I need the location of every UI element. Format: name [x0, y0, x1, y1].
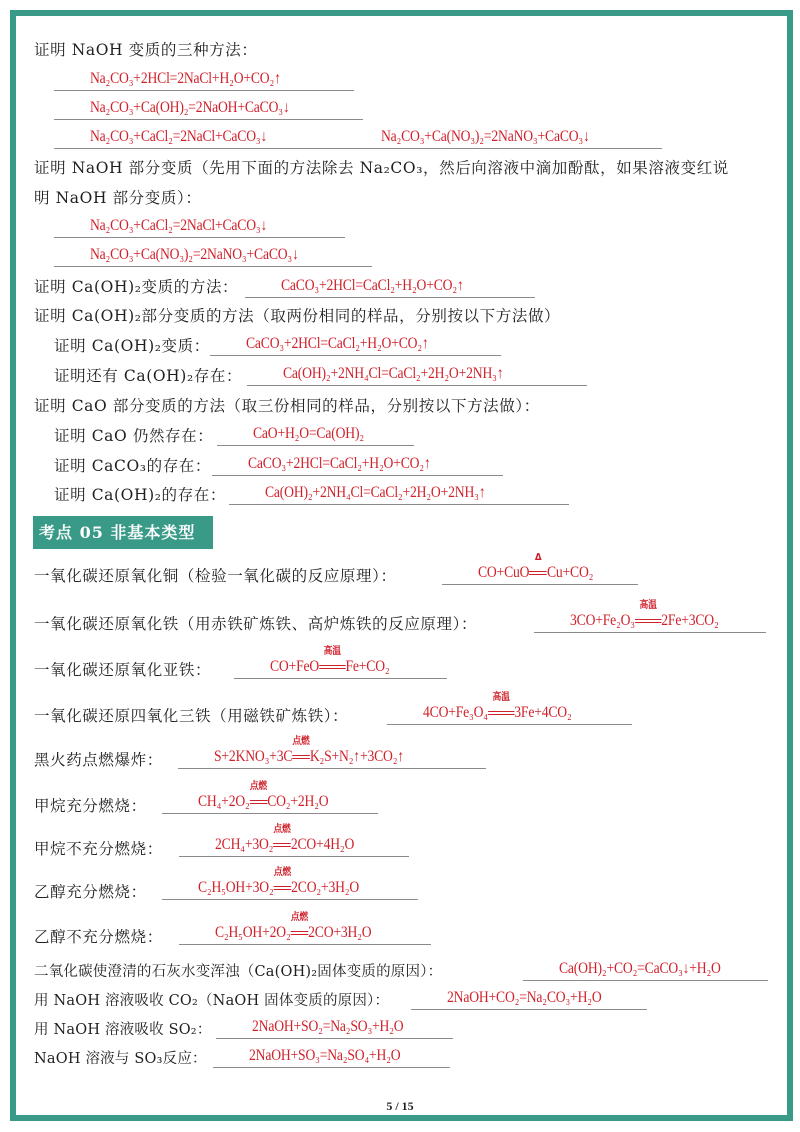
condition-equals: 点燃: [273, 835, 291, 855]
condition-label: 高温: [635, 601, 661, 611]
condition-equals: 点燃: [274, 878, 292, 898]
reactants: C₂H₅OH+3O₂: [198, 879, 274, 896]
equation: CaO+H₂O=Ca(OH)₂: [253, 424, 364, 444]
equation: Na₂CO₃+CaCl₂=2NaCl+CaCO₃↓: [90, 127, 267, 147]
label: 甲烷充分燃烧：: [34, 796, 147, 816]
heading-caoh2-partial: 证明 Ca(OH)₂部分变质的方法（取两份相同的样品，分别按以下方法做）: [34, 306, 560, 326]
products: 2CO+4H₂O: [291, 836, 354, 853]
condition-equals: 高温: [319, 657, 345, 677]
condition-label: 点燃: [250, 782, 268, 792]
reactants: C₂H₅OH+2O₂: [215, 924, 291, 941]
equation: Na₂CO₃+CaCl₂=2NaCl+CaCO₃↓: [90, 216, 267, 236]
condition-label: 点燃: [291, 913, 309, 923]
equation: Ca(OH)₂+2NH₄Cl=CaCl₂+2H₂O+2NH₃↑: [283, 364, 503, 384]
products: 2Fe+3CO₂: [661, 612, 718, 629]
heading-naoh-three-methods: 证明 NaOH 变质的三种方法：: [34, 40, 257, 60]
label: 一氧化碳还原四氧化三铁（用磁铁矿炼铁）：: [34, 706, 348, 726]
products: Fe+CO₂: [345, 658, 389, 675]
products: 2CO₂+3H₂O: [291, 879, 359, 896]
heading-naoh-partial: 证明 NaOH 部分变质（先用下面的方法除去 Na₂CO₃，然后向溶液中滴加酚酞…: [34, 158, 729, 178]
equation: 3CO+Fe₂O₃高温2Fe+3CO₂: [570, 611, 719, 631]
section-header: 考点 05 非基本类型: [33, 516, 213, 549]
label: 证明 CaO 仍然存在：: [54, 426, 213, 446]
equation: Na₂CO₃+Ca(NO₃)₂=2NaNO₃+CaCO₃↓: [381, 127, 590, 147]
label: 证明 Ca(OH)₂变质：: [54, 336, 210, 356]
equation: 2NaOH+CO₂=Na₂CO₃+H₂O: [447, 988, 602, 1008]
label: 二氧化碳使澄清的石灰水变浑浊（Ca(OH)₂固体变质的原因）：: [34, 962, 442, 982]
reactants: CH₄+2O₂: [198, 793, 250, 810]
condition-label: 点燃: [274, 868, 292, 878]
reactants: CO+FeO: [270, 658, 319, 675]
label: 证明 CaCO₃的存在：: [54, 456, 211, 476]
condition-equals: 高温: [488, 703, 514, 723]
equation: CH₄+2O₂点燃CO₂+2H₂O: [198, 792, 328, 812]
label: 用 NaOH 溶液吸收 CO₂（NaOH 固体变质的原因）：: [34, 991, 389, 1011]
equation: CaCO₃+2HCl=CaCl₂+H₂O+CO₂↑: [248, 454, 431, 474]
equation: C₂H₅OH+3O₂点燃2CO₂+3H₂O: [198, 878, 359, 898]
condition-label: Δ: [529, 553, 547, 563]
reactants: S+2KNO₃+3C: [214, 748, 292, 765]
label: 证明还有 Ca(OH)₂存在：: [54, 366, 242, 386]
heading-caoh2: 证明 Ca(OH)₂变质的方法：: [34, 277, 238, 297]
label: 乙醇不充分燃烧：: [34, 927, 163, 947]
equation: 4CO+Fe₃O₄高温3Fe+4CO₂: [423, 703, 572, 723]
equation: 2CH₄+3O₂点燃2CO+4H₂O: [215, 835, 354, 855]
label: 甲烷不充分燃烧：: [34, 839, 163, 859]
label: 一氧化碳还原氧化亚铁：: [34, 660, 211, 680]
products: K₂S+N₂↑+3CO₂↑: [310, 748, 404, 765]
label: 黑火药点燃爆炸：: [34, 750, 163, 770]
equation: CaCO₃+2HCl=CaCl₂+H₂O+CO₂↑: [246, 334, 429, 354]
equation: Ca(OH)₂+2NH₄Cl=CaCl₂+2H₂O+2NH₃↑: [265, 483, 485, 503]
products: 2CO+3H₂O: [308, 924, 371, 941]
products: CO₂+2H₂O: [267, 793, 328, 810]
condition-label: 高温: [488, 693, 514, 703]
equation: S+2KNO₃+3C点燃K₂S+N₂↑+3CO₂↑: [214, 747, 404, 767]
heading-naoh-partial-cont: 明 NaOH 部分变质）：: [34, 188, 201, 208]
condition-equals: 高温: [635, 611, 661, 631]
page-number: 5 / 15: [0, 1099, 800, 1114]
label: 乙醇充分燃烧：: [34, 882, 147, 902]
condition-label: 高温: [319, 647, 345, 657]
equation: 2NaOH+SO₂=Na₂SO₃+H₂O: [252, 1017, 403, 1037]
equation: Na₂CO₃+Ca(NO₃)₂=2NaNO₃+CaCO₃↓: [90, 245, 299, 265]
condition-equals: Δ: [529, 563, 547, 583]
reactants: 3CO+Fe₂O₃: [570, 612, 635, 629]
equation: Na₂CO₃+Ca(OH)₂=2NaOH+CaCO₃↓: [90, 98, 289, 118]
label: 用 NaOH 溶液吸收 SO₂：: [34, 1020, 212, 1040]
equation: CaCO₃+2HCl=CaCl₂+H₂O+CO₂↑: [281, 276, 464, 296]
label: 一氧化碳还原氧化铜（检验一氧化碳的反应原理）：: [34, 566, 397, 586]
equation: CO+FeO高温Fe+CO₂: [270, 657, 389, 677]
label: 证明 Ca(OH)₂的存在：: [54, 485, 226, 505]
condition-equals: 点燃: [292, 747, 310, 767]
condition-label: 点燃: [273, 825, 291, 835]
reactants: CO+CuO: [478, 564, 529, 581]
products: 3Fe+4CO₂: [514, 704, 571, 721]
condition-equals: 点燃: [250, 792, 268, 812]
heading-cao-partial: 证明 CaO 部分变质的方法（取三份相同的样品，分别按以下方法做）：: [34, 396, 540, 416]
condition-equals: 点燃: [291, 923, 309, 943]
equation: CO+CuOΔCu+CO₂: [478, 563, 593, 583]
label: 一氧化碳还原氧化铁（用赤铁矿炼铁、高炉炼铁的反应原理）：: [34, 614, 477, 634]
equation: 2NaOH+SO₃=Na₂SO₄+H₂O: [249, 1046, 400, 1066]
equation: Ca(OH)₂+CO₂=CaCO₃↓+H₂O: [559, 959, 721, 979]
reactants: 2CH₄+3O₂: [215, 836, 273, 853]
label: NaOH 溶液与 SO₃反应：: [34, 1049, 207, 1069]
condition-label: 点燃: [292, 737, 310, 747]
reactants: 4CO+Fe₃O₄: [423, 704, 488, 721]
equation: Na₂CO₃+2HCl=2NaCl+H₂O+CO₂↑: [90, 69, 281, 89]
equation: C₂H₅OH+2O₂点燃2CO+3H₂O: [215, 923, 371, 943]
products: Cu+CO₂: [547, 564, 593, 581]
